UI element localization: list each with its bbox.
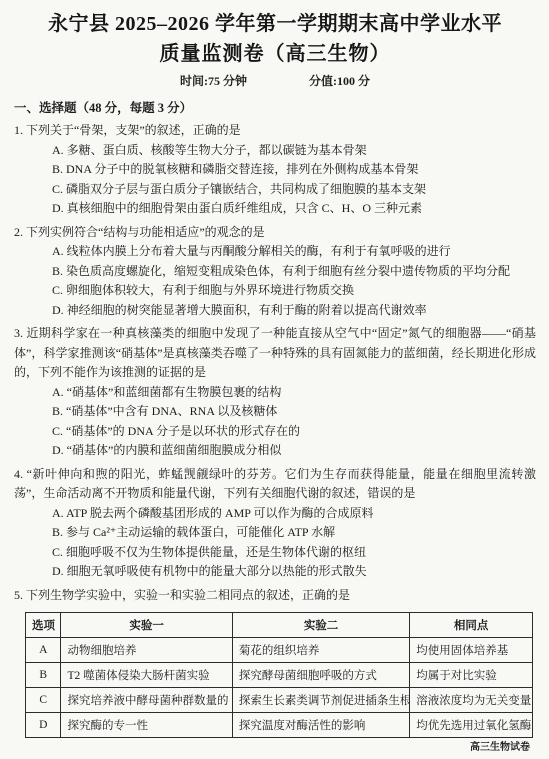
question-2-stem: 2. 下列实例符合“结构与功能相适应”的观念的是 [14,223,536,243]
table-cell: 探究温度对酶活性的影响 [232,713,409,738]
table-cell: B [26,663,61,688]
question-3-option-d: D. “硝基体”的内膜和蓝细菌细胞膜成分相似 [14,441,536,461]
table-cell: C [26,688,61,713]
table-row-d: D 探究酶的专一性 探究温度对酶活性的影响 均优先选用过氧化氢酶 [26,713,533,738]
table-cell: 动物细胞培养 [61,638,232,663]
table-cell: 探索生长素类调节剂促进插条生根 [232,688,409,713]
table-cell: 探究培养液中酵母菌种群数量的 [61,688,232,713]
table-header-option: 选项 [26,613,61,638]
table-header-experiment-1: 实验一 [61,613,232,638]
question-4-option-c: C. 细胞呼吸不仅为生物体提供能量，还是生物体代谢的枢纽 [14,543,536,563]
question-5-stem: 5. 下列生物学实验中，实验一和实验二相同点的叙述，正确的是 [14,586,536,606]
question-4-option-b: B. 参与 Ca²⁺主动运输的载体蛋白，可能催化 ATP 水解 [14,523,536,543]
exam-time-label: 时间:75 分钟 [180,74,247,89]
exam-score-label: 分值:100 分 [309,74,370,89]
question-3-option-c: C. “硝基体”的 DNA 分子是以环状的形式存在的 [14,422,536,442]
exam-paper-page: 永宁县 2025–2026 学年第一学期期末高中学业水平 质量监测卷（高三生物）… [0,0,549,759]
question-1-option-d: D. 真核细胞中的细胞骨架由蛋白质纤维组成，只含 C、H、O 三种元素 [14,199,536,219]
question-5: 5. 下列生物学实验中，实验一和实验二相同点的叙述，正确的是 [14,586,536,606]
question-1-stem: 1. 下列关于“骨架，支架”的叙述，正确的是 [14,121,536,141]
table-cell: 均优先选用过氧化氢酶 [410,713,533,738]
question-2-option-a: A. 线粒体内膜上分布着大量与丙酮酸分解相关的酶，有利于有氧呼吸的进行 [14,242,536,262]
question-4: 4. “新叶伸向和煦的阳光，蚱蜢觊觎绿叶的芬芳。它们为生存而获得能量，能量在细胞… [14,465,536,582]
question-1-option-b: B. DNA 分子中的脱氧核糖和磷脂交替连接，排列在外侧构成基本骨架 [14,160,536,180]
question-3-stem: 3. 近期科学家在一种真核藻类的细胞中发现了一种能直接从空气中“固定”氮气的细胞… [14,324,536,383]
exam-header: 永宁县 2025–2026 学年第一学期期末高中学业水平 质量监测卷（高三生物）… [14,11,536,89]
question-1-option-a: A. 多糖、蛋白质、核酸等生物大分子，都以碳链为基本骨架 [14,141,536,161]
question-3-option-a: A. “硝基体”和蓝细菌都有生物膜包裹的结构 [14,383,536,403]
question-4-option-a: A. ATP 脱去两个磷酸基团形成的 AMP 可以作为酶的合成原料 [14,504,536,524]
table-cell: 均使用固体培养基 [410,638,533,663]
table-header-row: 选项 实验一 实验二 相同点 [26,613,533,638]
question-5-experiment-table: 选项 实验一 实验二 相同点 A 动物细胞培养 菊花的组织培养 均使用固体培养基… [25,612,533,738]
table-header-common-point: 相同点 [410,613,533,638]
question-1-option-c: C. 磷脂双分子层与蛋白质分子镶嵌结合，共同构成了细胞膜的基本支架 [14,180,536,200]
exam-title-line2: 质量监测卷（高三生物） [14,41,536,68]
table-cell: 均属于对比实验 [410,663,533,688]
question-2-option-d: D. 神经细胞的树突能显著增大膜面积，有利于酶的附着以提高代谢效率 [14,301,536,321]
question-2-option-c: C. 卵细胞体积较大，有利于细胞与外界环境进行物质交换 [14,281,536,301]
question-4-option-d: D. 细胞无氧呼吸使有机物中的能量大部分以热能的形式散失 [14,562,536,582]
table-cell: 溶液浓度均为无关变量 [410,688,533,713]
table-row-a: A 动物细胞培养 菊花的组织培养 均使用固体培养基 [26,638,533,663]
table-row-c: C 探究培养液中酵母菌种群数量的 探索生长素类调节剂促进插条生根 溶液浓度均为无… [26,688,533,713]
exam-meta-row: 时间:75 分钟 分值:100 分 [14,74,536,89]
table-row-b: B T2 噬菌体侵染大肠杆菌实验 探究酵母菌细胞呼吸的方式 均属于对比实验 [26,663,533,688]
question-3-option-b: B. “硝基体”中含有 DNA、RNA 以及核糖体 [14,402,536,422]
page-footer-label: 高三生物试卷 [14,741,536,754]
question-2: 2. 下列实例符合“结构与功能相适应”的观念的是 A. 线粒体内膜上分布着大量与… [14,223,536,321]
table-header-experiment-2: 实验二 [232,613,409,638]
question-1: 1. 下列关于“骨架，支架”的叙述，正确的是 A. 多糖、蛋白质、核酸等生物大分… [14,121,536,219]
table-cell: T2 噬菌体侵染大肠杆菌实验 [61,663,232,688]
table-cell: 探究酶的专一性 [61,713,232,738]
table-cell: 菊花的组织培养 [232,638,409,663]
question-4-stem: 4. “新叶伸向和煦的阳光，蚱蜢觊觎绿叶的芬芳。它们为生存而获得能量，能量在细胞… [14,465,536,504]
section-heading-choice: 一、选择题（48 分，每题 3 分） [14,100,536,117]
table-cell: D [26,713,61,738]
table-cell: 探究酵母菌细胞呼吸的方式 [232,663,409,688]
question-2-option-b: B. 染色质高度螺旋化，缩短变粗成染色体，有利于细胞有丝分裂中遗传物质的平均分配 [14,262,536,282]
table-cell: A [26,638,61,663]
exam-title-line1: 永宁县 2025–2026 学年第一学期期末高中学业水平 [14,11,536,38]
question-3: 3. 近期科学家在一种真核藻类的细胞中发现了一种能直接从空气中“固定”氮气的细胞… [14,324,536,461]
